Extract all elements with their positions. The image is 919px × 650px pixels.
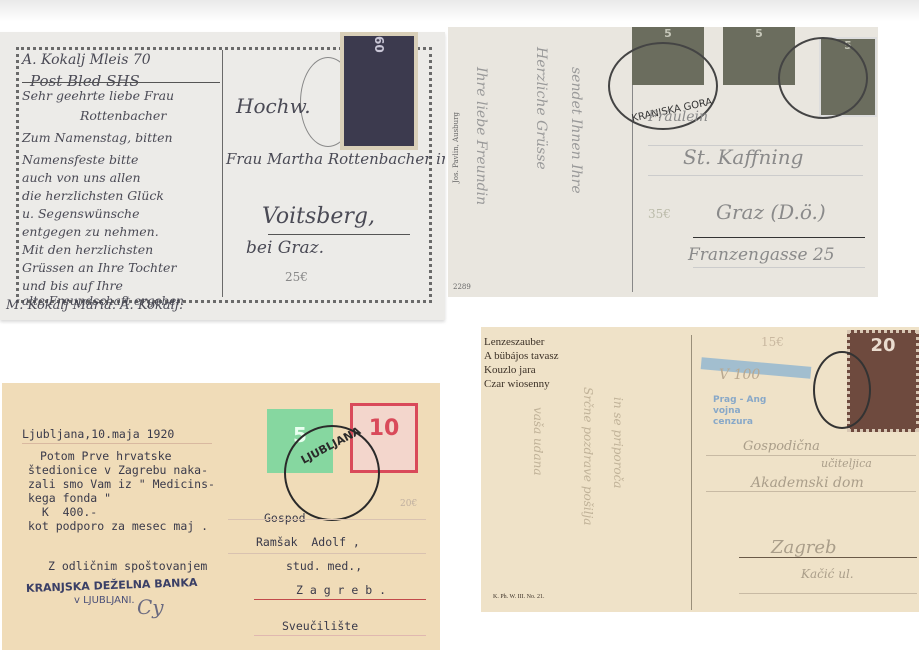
rule: [648, 175, 863, 176]
bank-stamp: KRANJSKA DEŽELNA BANKA: [26, 576, 198, 595]
body-line: zali smo Vam iz " Medicins-: [28, 477, 215, 491]
censor-stamp: Prag - Ang vojna cenzura: [713, 395, 766, 428]
message-line: Sehr geehrte liebe Frau: [22, 88, 174, 103]
address-line: Gospodična: [743, 439, 820, 454]
address-line: Sveučilište: [282, 619, 358, 633]
rule: [693, 237, 865, 238]
closing-line: Z odličnim spoštovanjem: [48, 559, 207, 573]
price-note: 35€: [648, 207, 671, 221]
address-line: St. Kaffning: [683, 145, 803, 169]
message-line: Zum Namenstag, bitten: [22, 130, 173, 145]
rule: [254, 635, 426, 636]
address-city: Voitsberg,: [262, 204, 375, 229]
card-number: 2289: [453, 283, 471, 291]
scan-top-edge: [0, 0, 919, 22]
body-line: Potom Prve hrvatske: [40, 449, 172, 463]
address-line: Gospod: [264, 511, 306, 525]
message-line: Namensfeste bitte: [22, 152, 138, 167]
censor-line: vojna: [713, 406, 766, 417]
rule: [22, 82, 220, 83]
address-line: stud. med.,: [286, 559, 362, 573]
stamp-60: 60: [340, 32, 418, 150]
signature: M. Kokalj Maria. A. Kokalj.: [6, 298, 183, 313]
signature: Cy: [137, 595, 164, 619]
card-divider: [691, 335, 692, 610]
address-city: Zagreb: [771, 537, 837, 558]
message-scrawl: Srčne pozdrave pošilja: [581, 387, 595, 525]
message-line: Mit den herzlichsten: [22, 242, 153, 257]
message-line: und bis auf Ihre: [22, 278, 123, 293]
pencil-note: 20€: [400, 499, 417, 509]
message-line: entgegen zu nehmen.: [22, 224, 159, 239]
body-line: K 400.-: [28, 505, 97, 519]
message-scrawl: in se priporoča: [611, 397, 625, 488]
postmark-text: LJUBLJANA: [299, 424, 363, 466]
rule: [228, 519, 426, 520]
message-line: Grüssen an Ihre Tochter: [22, 260, 176, 275]
card-title-block: Lenzeszauber A bübájos tavasz Kouzlo jar…: [484, 335, 559, 391]
message-line: auch von uns allen: [22, 170, 141, 185]
message-line: die herzlichsten Glück: [22, 188, 164, 203]
card-divider: [222, 50, 223, 297]
title-line: Lenzeszauber: [484, 335, 559, 349]
rule: [706, 491, 916, 492]
censor-line: Prag - Ang: [713, 395, 766, 406]
rule: [22, 443, 212, 444]
message-scrawl: sendet Ihnen Ihre: [568, 67, 584, 194]
rule: [693, 267, 865, 268]
pencil-note: V 100: [719, 367, 760, 383]
address-line: Kačić ul.: [801, 567, 854, 581]
rule: [706, 455, 916, 456]
message-line: u. Segenswünsche: [22, 206, 140, 221]
address-city: Z a g r e b .: [296, 583, 386, 597]
message-scrawl: Herzliche Grüsse: [533, 47, 549, 170]
address-line: bei Graz.: [246, 238, 324, 258]
postmark: LJUBLJANA: [284, 425, 380, 521]
publisher-imprint: K. Ph. W. III. No. 21.: [493, 590, 545, 604]
sender-line: A. Kokalj Mleis 70: [22, 52, 151, 68]
title-line: Kouzlo jara: [484, 363, 559, 377]
message-scrawl: vaša udana: [531, 407, 545, 476]
address-line: Franzengasse 25: [688, 245, 835, 265]
bank-stamp-city: v LJUBLJANI.: [74, 595, 135, 606]
price-note: 25€: [285, 270, 308, 284]
address-city: Graz (D.ö.): [716, 200, 826, 224]
publisher-imprint: Jos. Pavlin, Ausburg: [452, 112, 460, 183]
address-line: Akademski dom: [751, 475, 864, 491]
price-note: 15€: [761, 335, 784, 349]
body-line: kot podporo za mesec maj .: [28, 519, 208, 533]
date-line: Ljubljana,10.maja 1920: [22, 427, 174, 441]
postal-stationery-ljubljana: 5 10 LJUBLJANA Ljubljana,10.maja 1920 Po…: [2, 383, 440, 650]
postcard-bled: A. Kokalj Mleis 70 Post Bled SHS Sehr ge…: [0, 32, 445, 320]
censor-line: cenzura: [713, 417, 766, 428]
body-line: štedionice v Zagrebu naka-: [28, 463, 208, 477]
address-line: Ramšak Adolf ,: [256, 535, 360, 549]
postmark: [813, 351, 871, 429]
address-line: Frau Martha Rottenbacher in: [226, 150, 445, 168]
rule: [254, 599, 426, 600]
address-line: Fräulein: [648, 109, 708, 125]
body-line: kega fonda ": [28, 491, 111, 505]
postmark: [778, 37, 868, 119]
rule: [228, 553, 426, 554]
address-line: Hochw.: [236, 94, 311, 118]
postcard-kranjska-gora: 5 5 5 KRANJSKA GORA Fräulein St. Kaffnin…: [448, 27, 878, 297]
title-line: Czar wiosenny: [484, 377, 559, 391]
postcard-lenzeszauber: Lenzeszauber A bübájos tavasz Kouzlo jar…: [481, 327, 919, 612]
rule: [268, 234, 410, 235]
message-line: Rottenbacher: [80, 108, 166, 123]
address-line: učiteljica: [821, 457, 872, 470]
message-scrawl: Ihre liebe Freundin: [473, 67, 489, 205]
title-line: A bübájos tavasz: [484, 349, 559, 363]
rule: [739, 593, 917, 594]
